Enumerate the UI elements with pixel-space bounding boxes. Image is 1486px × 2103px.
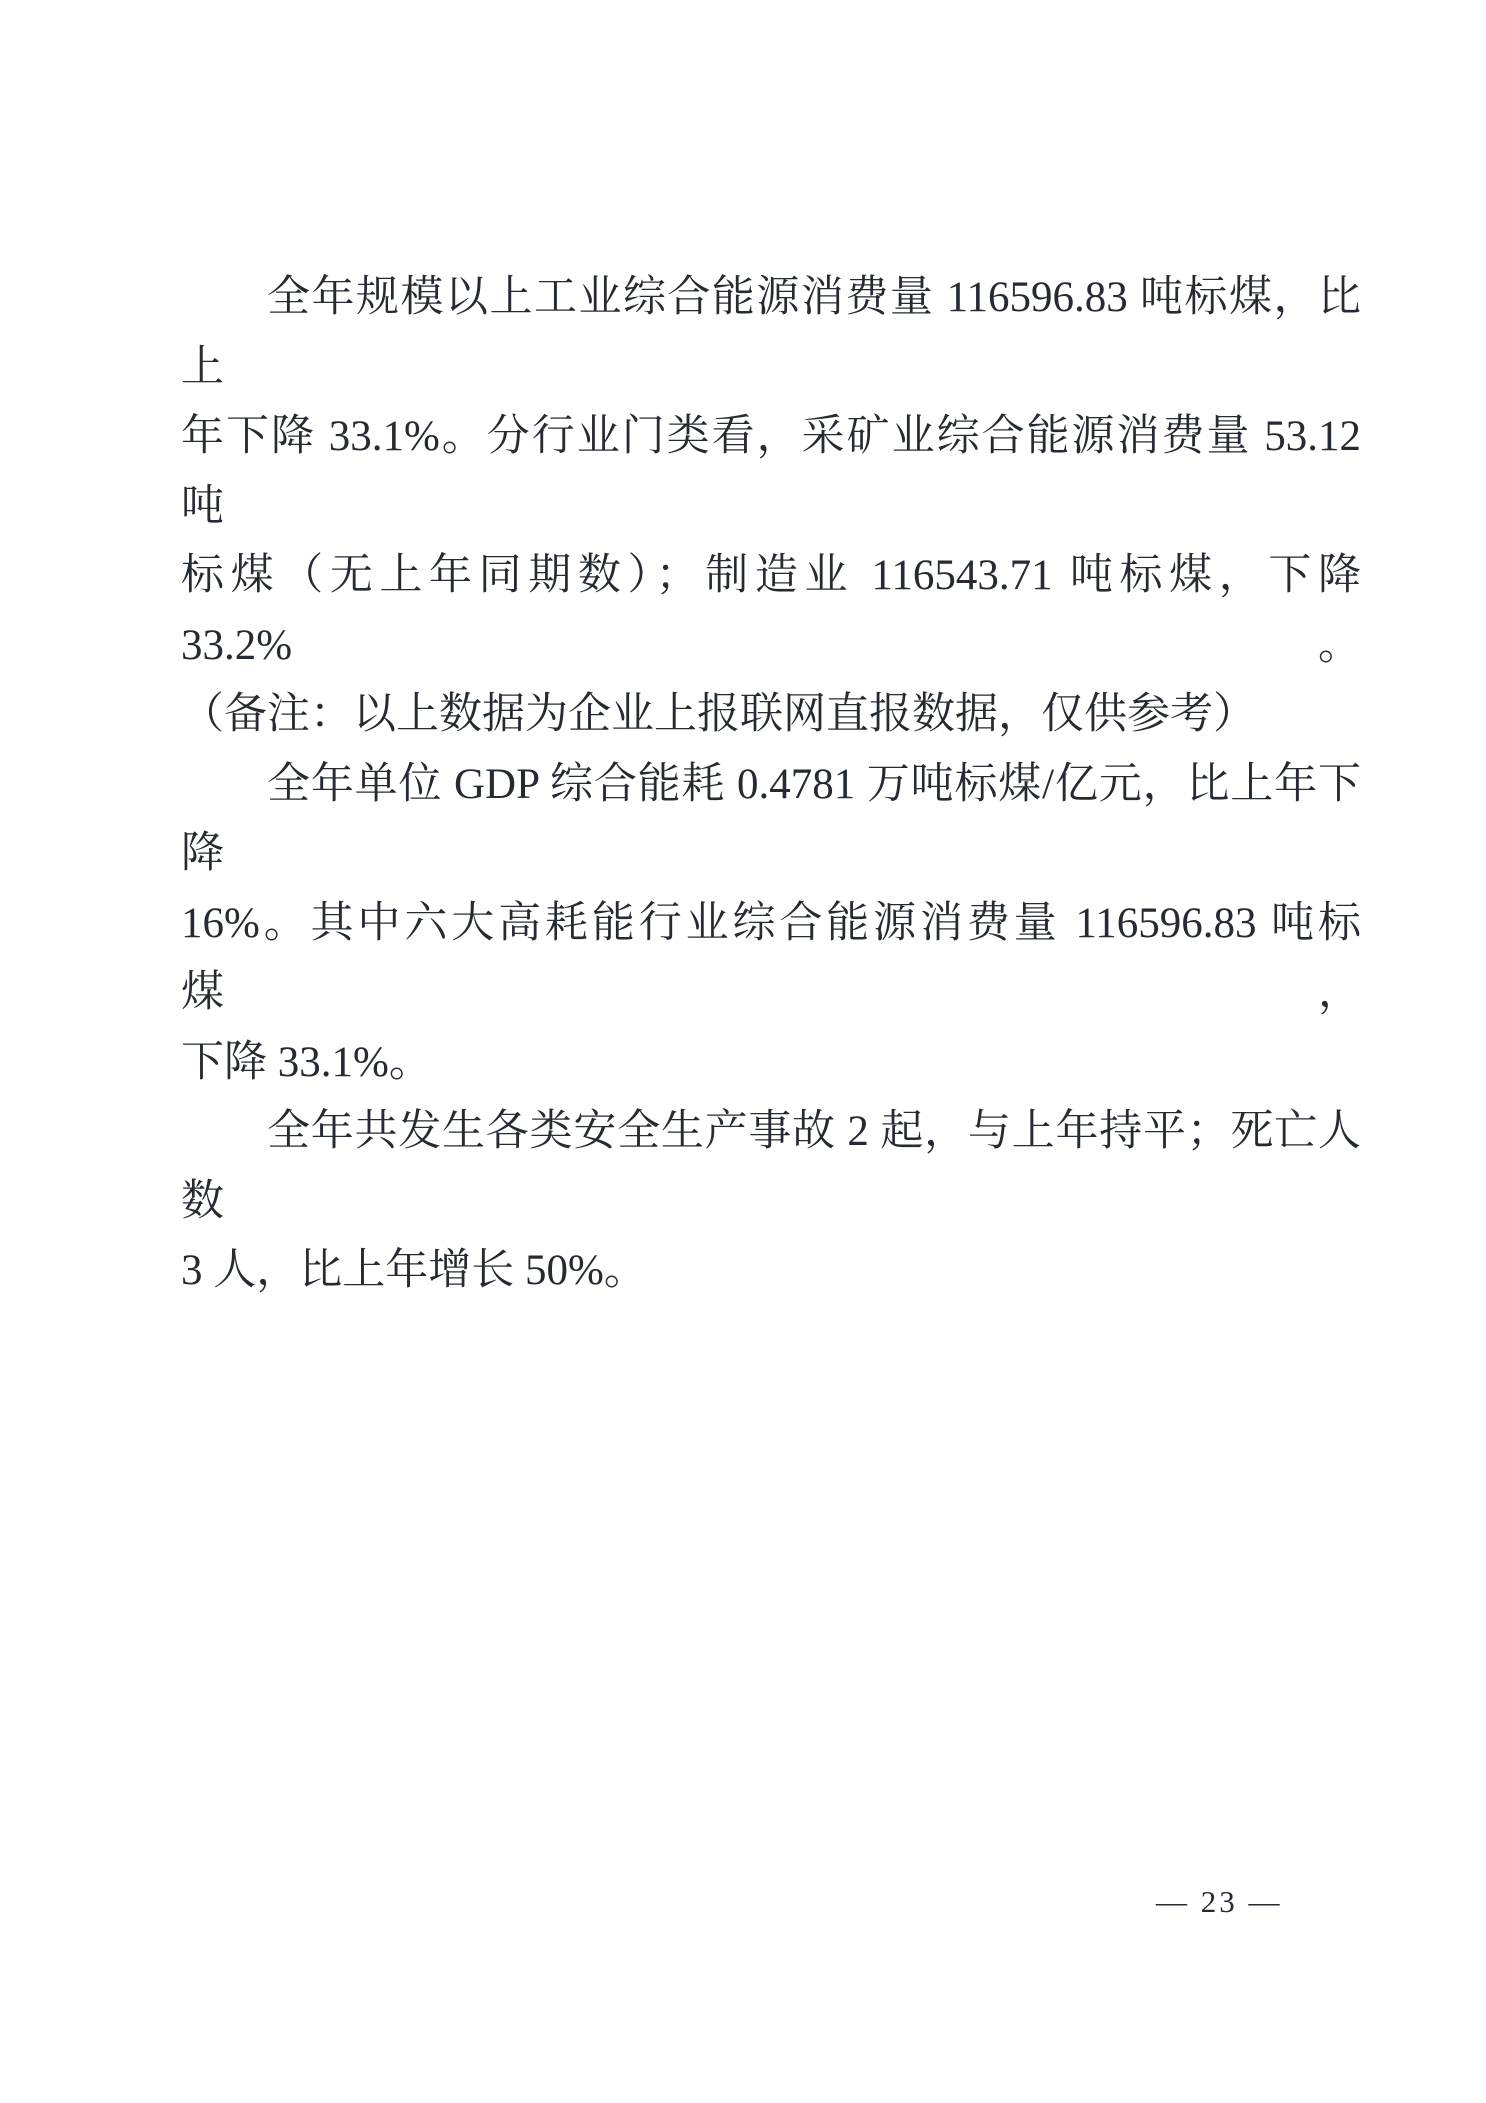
document-line: 16%。其中六大高耗能行业综合能源消费量 116596.83 吨标煤， [181,889,1361,1028]
page-number: — 23 — [1156,1884,1283,1919]
document-line: 全年规模以上工业综合能源消费量 116596.83 吨标煤，比上 [181,263,1361,402]
paragraph-industry-energy: 全年规模以上工业综合能源消费量 116596.83 吨标煤，比上 年下降 33.… [181,263,1361,750]
document-line: 全年单位 GDP 综合能耗 0.4781 万吨标煤/亿元，比上年下降 [181,750,1361,889]
document-line: 3 人，比上年增长 50%。 [181,1236,1361,1306]
document-page: 全年规模以上工业综合能源消费量 116596.83 吨标煤，比上 年下降 33.… [0,0,1486,2103]
document-body: 全年规模以上工业综合能源消费量 116596.83 吨标煤，比上 年下降 33.… [181,263,1361,1306]
document-line: 下降 33.1%。 [181,1028,1361,1098]
document-line: 标煤（无上年同期数）；制造业 116543.71 吨标煤，下降 33.2%。 [181,541,1361,680]
paragraph-gdp-energy: 全年单位 GDP 综合能耗 0.4781 万吨标煤/亿元，比上年下降 16%。其… [181,750,1361,1098]
document-line: 年下降 33.1%。分行业门类看，采矿业综合能源消费量 53.12 吨 [181,402,1361,541]
paragraph-safety-accidents: 全年共发生各类安全生产事故 2 起，与上年持平；死亡人数 3 人，比上年增长 5… [181,1097,1361,1306]
page-footer: — 23 — [1156,1882,1326,1922]
document-line: 全年共发生各类安全生产事故 2 起，与上年持平；死亡人数 [181,1097,1361,1236]
document-line: （备注：以上数据为企业上报联网直报数据，仅供参考） [181,680,1361,750]
